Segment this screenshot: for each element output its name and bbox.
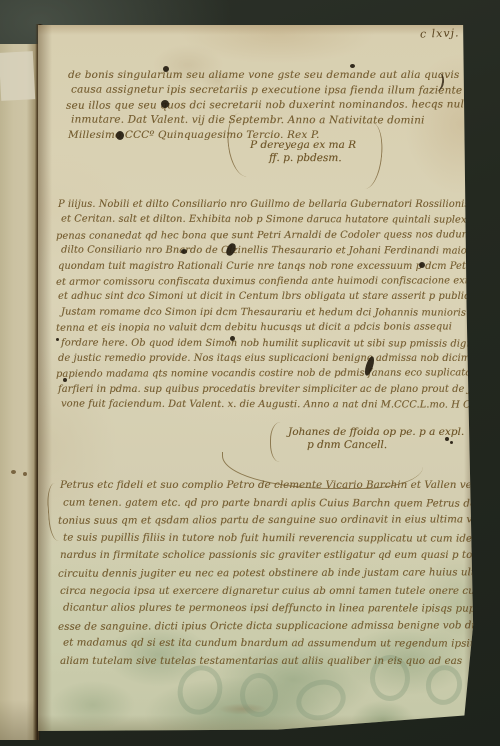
ink-blot [181,249,187,254]
ink-blot [116,131,124,140]
folio-number: c lxvj. [420,26,460,40]
entry3-text: Petrus etc fideli et suo complio Petro d… [60,477,468,671]
manuscript-text-line: et adhuc sint dco Simoni ut dicit in Cen… [58,289,466,304]
entry2-text: P iiijus. Nobili et dilto Consiliario nr… [58,197,466,413]
manuscript-text-line: et Ceritan. salt et dilton. Exhibita nob… [61,212,469,228]
manuscript-text-line: tenna et eis inopia no valuit dcm debitu… [56,320,464,337]
manuscript-text-line: P iiijus. Nobili et dilto Consiliario nr… [58,197,466,212]
manuscript-text-line: quondam tuit magistro Rationali Curie nr… [58,259,466,274]
manuscript-text-line: circa negocia ipsa ut exercere dignaretu… [60,583,468,601]
manuscript-text-line: Johanes de ffoida op pe. p a expl. [288,426,464,439]
ink-blot [419,262,425,268]
manuscript-text-line: tonius suus qm et qsdam alios partu de s… [58,511,466,530]
ink-blot [350,64,355,68]
entry1-text: de bonis singularium seu aliame vone gst… [68,68,462,143]
stain-swirl [240,673,278,717]
entry2-signature-lines: Johanes de ffoida op pe. p a expl.p dnm … [288,426,464,452]
manuscript-text-line: circuitu dennis jugiter eu nec ea potest… [58,564,466,583]
manuscript-text-line: P dereyega ex ma R [250,139,356,152]
manuscript-text-line: cum tenen. gatem etc. qd pro parte bnard… [63,494,471,513]
parchment-folio: c lxvj. de bonis singularium seu aliame … [38,25,474,731]
ink-blot [63,378,67,382]
entry2-signature: Johanes de ffoida op pe. p a expl.p dnm … [288,426,464,452]
manuscript-text-line: de justic remedio provide. Nos itaqs eiu… [58,351,466,366]
ink-blot [230,336,235,341]
manuscript-text-line: et madamus qd si est ita cundum bnardum … [63,635,471,654]
ink-blot [445,437,449,441]
manuscript-text-line: dilto Consiliario nro Bnardo de Olzinell… [61,243,469,259]
ink-blot [450,441,453,444]
stain-dot [11,470,16,474]
manuscript-text-line: nardus in firmitate scholice passionis s… [60,547,468,565]
stain-dot [23,472,27,476]
entry1-signature: P dereyega ex ma Rff. p. pbdesm. [250,139,356,165]
manuscript-text-line: de bonis singularium seu aliame vone gst… [68,68,462,83]
manuscript-text-line: penas conanedat qd hec bona que sunt Pet… [56,227,464,244]
manuscript-text-line: inmutare. Dat Valent. vij die Septembr. … [71,113,465,129]
manuscript-photo: c lxvj. de bonis singularium seu aliame … [0,0,500,746]
manuscript-text-line: dicantur alios plures te permoneos ipsi … [63,600,471,619]
manuscript-text-line: aliam tutelam sive tutelas testamentaria… [60,653,468,671]
manuscript-text-line: et armor comissoru confiscata duximus co… [56,273,464,290]
entry1-signature-lines: P dereyega ex ma Rff. p. pbdesm. [250,139,356,165]
manuscript-text-line: vone fuit faciendum. Dat Valent. x. die … [61,397,469,413]
ink-blot [161,100,169,108]
manuscript-text-line: p dnm Cancell. [307,439,467,452]
manuscript-text-line: ff. p. pbdesm. [269,152,359,165]
manuscript-text-line: fordare here. Ob quod idem Simon nob hum… [61,335,469,351]
manuscript-text-line: te suis pupillis filiis in tutore nob fu… [63,529,471,548]
ink-blot [163,66,169,72]
manuscript-text-line: papiendo madama qts nomine vocandis cost… [56,366,464,383]
manuscript-text-line: causa assignetur ipis secretariis p exec… [71,83,465,99]
manuscript-text-line: Petrus etc fideli et suo complio Petro d… [60,477,468,495]
manuscript-text-line: farfieri in pdma. sup quibus procedatis … [58,382,466,397]
ink-blot [56,338,59,341]
manuscript-text-line: seu illos que seu quos dci secretarii no… [66,97,460,113]
manuscript-text-line: esse de sanguine. dicti ipius Oricte dic… [58,617,466,636]
manuscript-text-line: Justam romame dco Simon ipi dcm Thesaura… [61,304,469,320]
